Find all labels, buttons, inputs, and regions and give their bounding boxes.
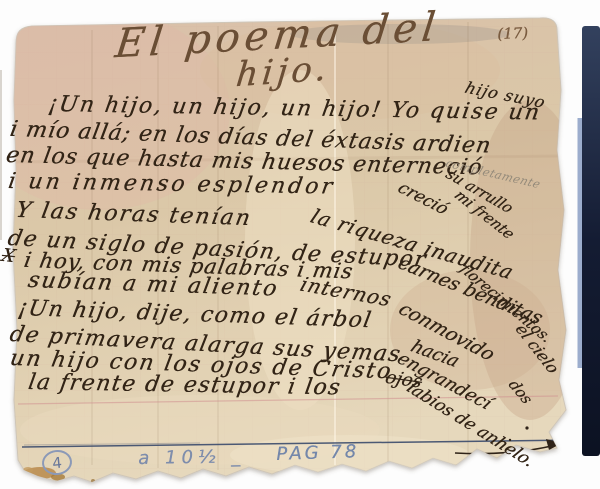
poem-line-continuation: creció [394,180,451,218]
circled-inventory-number: 4 [41,449,73,477]
poem-line: i un inmenso esplendor [7,171,337,199]
footer-note: a 10½ _ [138,448,245,468]
handwriting-layer: El poema del hijo. (17) ¡Un hijo, un hij… [0,0,600,489]
scanned-manuscript-page: El poema del hijo. (17) ¡Un hijo, un hij… [0,0,600,489]
struck-word: X [0,247,17,266]
footer-page-ref: PAG 78 [276,443,359,464]
margin-note: dos [505,378,535,406]
inventory-number: 4 [51,453,62,472]
poem-line: Y las horas tenían [14,200,253,230]
poem-title-line2: hijo. [234,51,331,92]
poem-line: la frente de estupor i los [27,372,343,399]
poem-line-continuation: internos [298,274,395,309]
page-number: (17) [497,26,528,42]
poem-line: subían a mi aliento [26,270,280,301]
